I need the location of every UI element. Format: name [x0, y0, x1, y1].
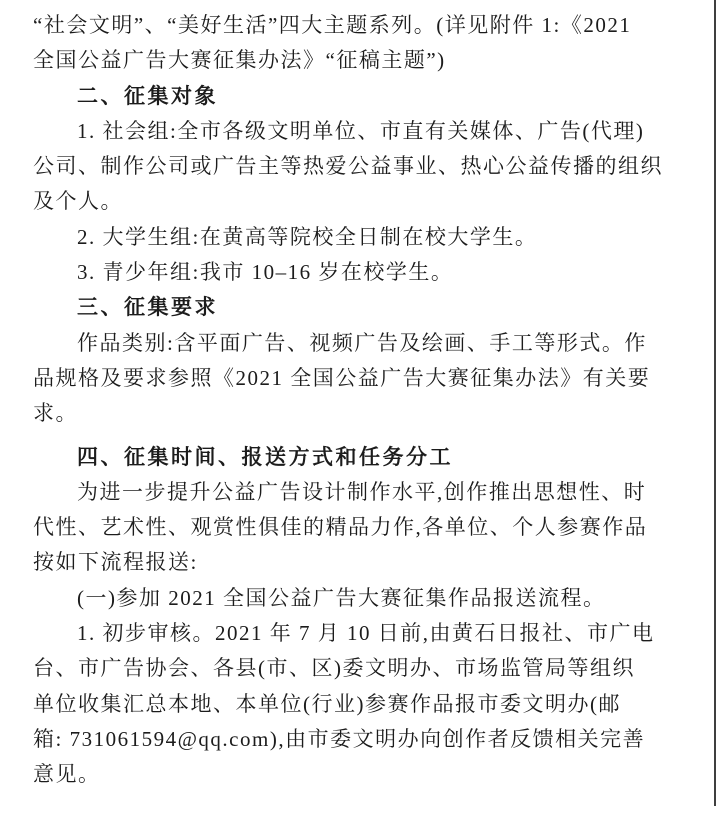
text-line: 及个人。	[33, 184, 679, 219]
text-line-email: 箱: 731061594@qq.com),由市委文明办向创作者反馈相关完善	[33, 722, 679, 757]
text-line: 品规格及要求参照《2021 全国公益广告大赛征集办法》有关要	[33, 361, 679, 396]
text-line: 意见。	[33, 757, 679, 792]
text-line: 1. 初步审核。2021 年 7 月 10 日前,由黄石日报社、市广电	[33, 616, 679, 651]
text-line: 2. 大学生组:在黄高等院校全日制在校大学生。	[33, 220, 679, 255]
text-line: 台、市广告协会、各县(市、区)委文明办、市场监管局等组织	[33, 651, 679, 686]
text-line: 作品类别:含平面广告、视频广告及绘画、手工等形式。作	[33, 326, 679, 361]
text-line: 1. 社会组:全市各级文明单位、市直有关媒体、广告(代理)	[33, 114, 679, 149]
text-line: 代性、艺术性、观赏性俱佳的精品力作,各单位、个人参赛作品	[33, 510, 679, 545]
page-edge-line	[714, 0, 716, 806]
text-line: 公司、制作公司或广告主等热爱公益事业、热心公益传播的组织	[33, 149, 679, 184]
text-line: 3. 青少年组:我市 10–16 岁在校学生。	[33, 255, 679, 290]
text-line: 单位收集汇总本地、本单位(行业)参赛作品报市委文明办(邮	[33, 687, 679, 722]
section-heading-2: 二、征集对象	[33, 79, 679, 114]
text-line: 求。	[33, 396, 679, 431]
text-line: 全国公益广告大赛征集办法》“征稿主题”)	[33, 43, 679, 78]
text-line: 按如下流程报送:	[33, 545, 679, 580]
document-page: “社会文明”、“美好生活”四大主题系列。(详见附件 1:《2021 全国公益广告…	[0, 0, 719, 825]
text-line: “社会文明”、“美好生活”四大主题系列。(详见附件 1:《2021	[33, 8, 679, 43]
section-heading-4: 四、征集时间、报送方式和任务分工	[33, 440, 679, 475]
text-line: (一)参加 2021 全国公益广告大赛征集作品报送流程。	[33, 581, 679, 616]
text-line: 为进一步提升公益广告设计制作水平,创作推出思想性、时	[33, 475, 679, 510]
section-heading-3: 三、征集要求	[33, 290, 679, 325]
